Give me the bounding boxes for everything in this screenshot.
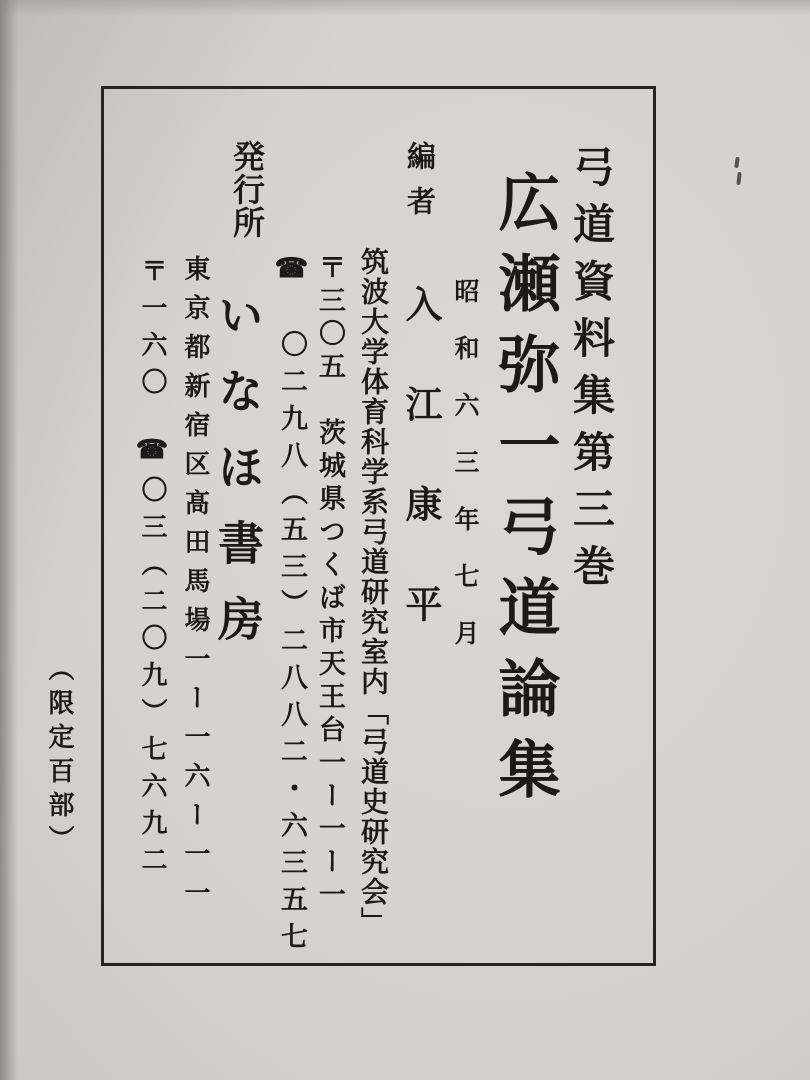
colophon-page: 弓道資料集第三巻 広瀬弥一弓道論集 昭和六三年七月 編者 入江康平 筑波大学体育… [0, 0, 810, 1080]
publisher-postal-code: 〒一六〇 [138, 257, 167, 405]
publisher-address-text: 東京都新宿区髙田馬場一ー一六ー一一 [181, 255, 210, 918]
publication-date-text: 昭和六三年七月 [451, 278, 478, 677]
book-title: 広瀬弥一弓道論集 [492, 170, 554, 818]
editor-affiliation: 筑波大学体育科学系弓道研究室内「弓道史研究会」 [358, 247, 386, 937]
publisher-label-text: 発行所 [229, 140, 265, 239]
phone-icon: ☎ [277, 253, 307, 294]
phone-icon: ☎ [138, 405, 167, 476]
book-title-text: 広瀬弥一弓道論集 [489, 170, 557, 818]
editor-label: 編者 [404, 141, 433, 231]
publisher-name-text: いなほ書房 [212, 291, 263, 671]
series-volume: 弓道資料集第三巻 [569, 145, 611, 601]
editor-affiliation-text: 筑波大学体育科学系弓道研究室内「弓道史研究会」 [357, 247, 388, 937]
editor-label-text: 編者 [403, 141, 435, 231]
editor-phone-number: 〇二九八（五三）二八八二・六三五七 [277, 294, 307, 959]
publisher-name: いなほ書房 [214, 291, 260, 671]
publication-date: 昭和六三年七月 [452, 278, 477, 677]
scan-artifact [734, 157, 739, 168]
editor-name-text: 入江康平 [399, 285, 440, 685]
series-volume-text: 弓道資料集第三巻 [567, 145, 613, 601]
scan-artifact [736, 172, 741, 185]
publisher-phone-number: 〇三（二〇九）七六九二 [138, 476, 167, 883]
publisher-phone-line: 〒一六〇☎〇三（二〇九）七六九二 [139, 257, 165, 883]
editor-phone-line: ☎〇二九八（五三）二八八二・六三五七 [278, 253, 305, 959]
editor-address: 茨城県つくば市天王台一ー一ー一 [315, 385, 345, 913]
editor-address-line: 〒三〇五茨城県つくば市天王台一ー一ー一 [316, 253, 343, 913]
editor-postal-code: 〒三〇五 [315, 253, 345, 385]
limited-edition-note-text: （限定百部） [45, 655, 74, 859]
limited-edition-note: （限定百部） [46, 655, 72, 859]
editor-name: 入江康平 [401, 285, 438, 685]
publisher-label: 発行所 [231, 140, 263, 239]
publisher-address: 東京都新宿区髙田馬場一ー一六ー一一 [182, 255, 208, 918]
